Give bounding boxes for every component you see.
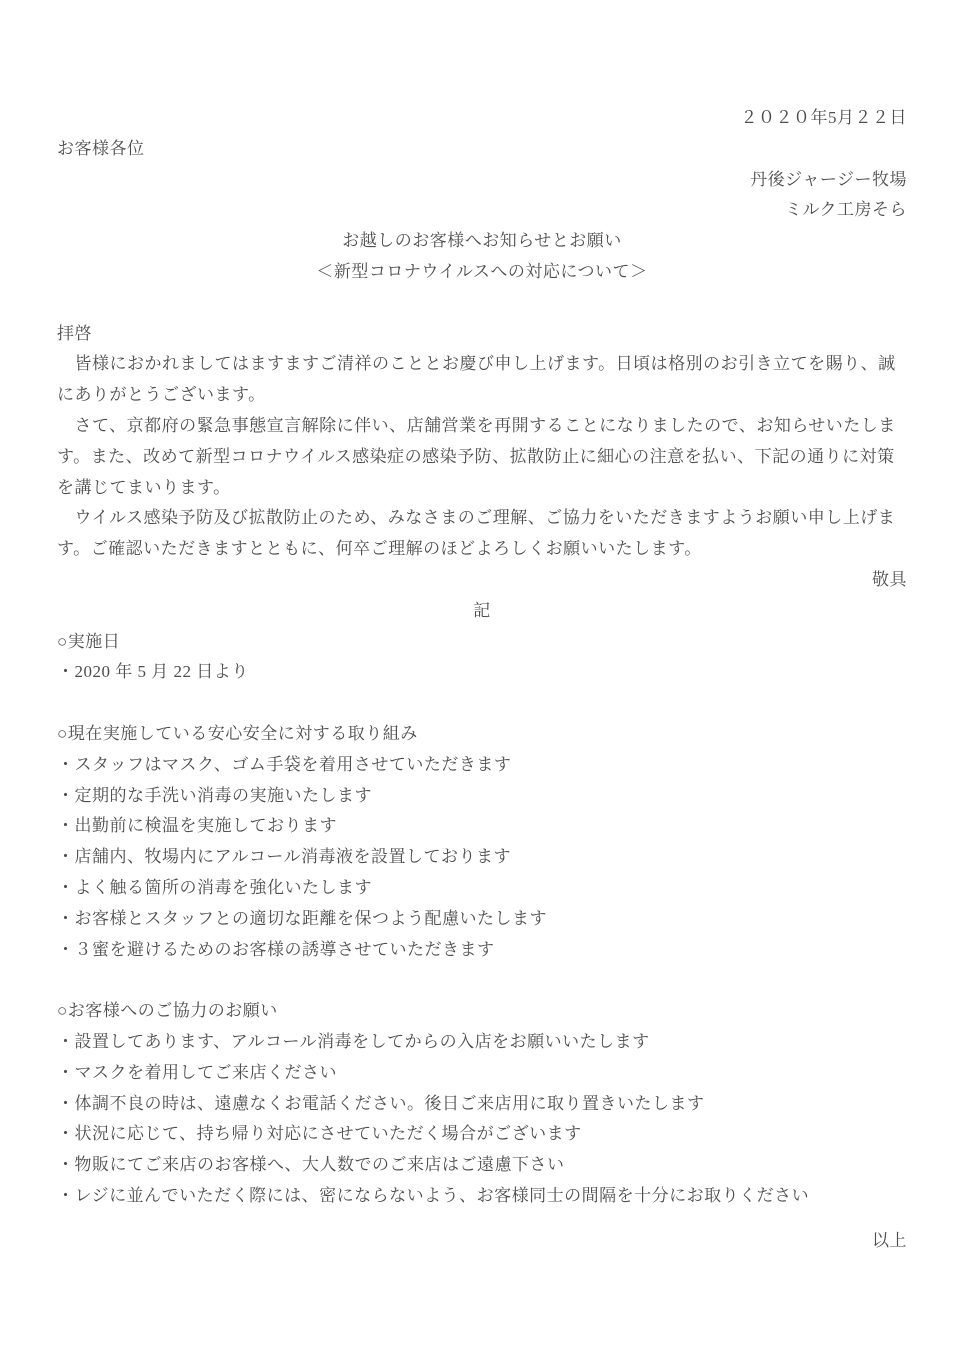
end-mark: 以上 [57,1226,907,1257]
body-line: す。また、改めて新型コロナウイルス感染症の感染予防、拡散防止に細心の注意を払い、… [57,442,907,473]
body-line: す。ご確認いただきますとともに、何卒ご理解のほどよろしくお願いいたします。 [57,534,907,565]
body-line: を講じてまいります。 [57,473,907,504]
list-item: ・定期的な手洗い消毒の実施いたします [57,781,907,812]
spacer [57,688,907,719]
letter-title: お越しのお客様へお知らせとお願い [57,226,907,257]
list-item: ・物販にてご来店のお客様へ、大人数でのご来店はご遠慮下さい [57,1150,907,1181]
section-list-customer-requests: ・設置してあります、アルコール消毒をしてからの入店をお願いいたします・マスクを着… [57,1027,907,1212]
salutation: 拝啓 [57,319,907,350]
letter-subtitle: ＜新型コロナウイルスへの対応について＞ [57,257,907,288]
section-heading-current-measures: ○現在実施している安心安全に対する取り組み [57,719,907,750]
letter-document: ２０２０年5月２２日 お客様各位 丹後ジャージー牧場 ミルク工房そら お越しのお… [0,0,964,1347]
list-item: ・お客様とスタッフとの適切な距離を保つよう配慮いたします [57,904,907,935]
body-paragraphs: 皆様におかれましてはますますご清祥のこととお慶び申し上げます。日頃は格別のお引き… [57,349,907,565]
section-heading-customer-requests: ○お客様へのご協力のお願い [57,996,907,1027]
sender-shop-name: ミルク工房そら [57,195,907,226]
list-item: ・よく触る箇所の消毒を強化いたします [57,873,907,904]
section-heading-implementation-date: ○実施日 [57,627,907,658]
section-list-implementation-date: ・2020 年 5 月 22 日より [57,657,907,688]
body-line: さて、京都府の緊急事態宣言解除に伴い、店舗営業を再開することになりましたので、お… [57,411,907,442]
body-line: 皆様におかれましてはますますご清祥のこととお慶び申し上げます。日頃は格別のお引き… [57,349,907,380]
spacer [57,965,907,996]
list-item: ・状況に応じて、持ち帰り対応にさせていただく場合がございます [57,1119,907,1150]
spacer [57,1212,907,1226]
closing-keigu: 敬具 [57,565,907,596]
list-item: ・スタッフはマスク、ゴム手袋を着用させていただきます [57,750,907,781]
list-item: ・３蜜を避けるためのお客様の誘導させていただきます [57,935,907,966]
recipient: お客様各位 [57,134,907,165]
section-list-current-measures: ・スタッフはマスク、ゴム手袋を着用させていただきます・定期的な手洗い消毒の実施い… [57,750,907,966]
spacer [57,288,907,319]
sender-farm-name: 丹後ジャージー牧場 [57,165,907,196]
list-item: ・店舗内、牧場内にアルコール消毒液を設置しております [57,842,907,873]
body-line: ウイルス感染予防及び拡散防止のため、みなさまのご理解、ご協力をいただきますようお… [57,503,907,534]
list-item: ・マスクを着用してご来店ください [57,1058,907,1089]
list-item: ・設置してあります、アルコール消毒をしてからの入店をお願いいたします [57,1027,907,1058]
letter-date: ２０２０年5月２２日 [57,103,907,134]
list-item: ・体調不良の時は、遠慮なくお電話ください。後日ご来店用に取り置きいたします [57,1089,907,1120]
record-mark: 記 [57,596,907,627]
list-item: ・出勤前に検温を実施しております [57,811,907,842]
list-item: ・レジに並んでいただく際には、密にならないよう、お客様同士の間隔を十分にお取りく… [57,1181,907,1212]
body-line: にありがとうございます。 [57,380,907,411]
list-item: ・2020 年 5 月 22 日より [57,657,907,688]
